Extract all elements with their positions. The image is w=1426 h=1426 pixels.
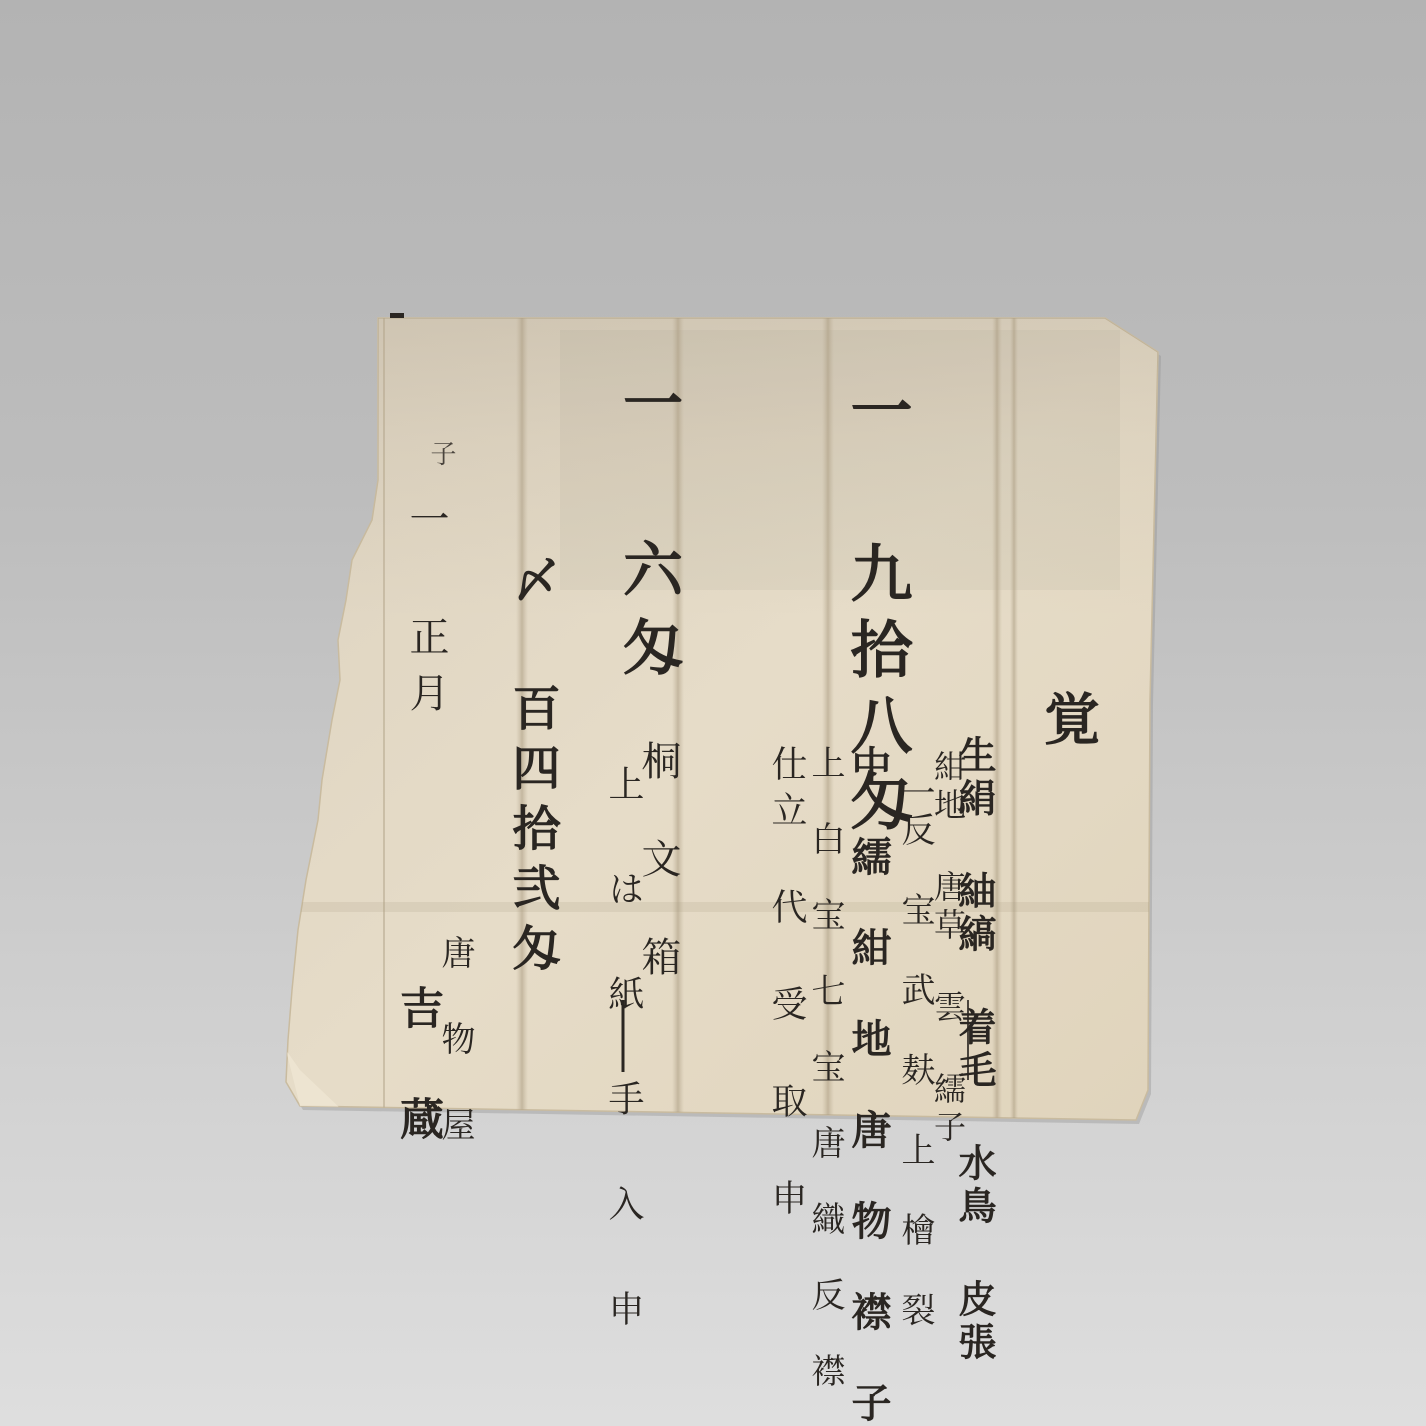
item-description-4: 中 繻 紺 地 唐 物 襟 子 bbox=[848, 745, 888, 1424]
item-description-2: 紺地 唐草 雲 繻子 bbox=[932, 750, 964, 1148]
date-month: 一 正月 bbox=[406, 498, 446, 728]
date-year: 子 bbox=[428, 440, 454, 466]
total-amount: 〆 百四拾弐匁 bbox=[508, 555, 556, 983]
document-photo bbox=[0, 0, 1426, 1426]
item2-amount: 一 六匁 bbox=[618, 372, 678, 694]
signature-title: 唐 物 屋 bbox=[438, 935, 472, 1147]
item-description-5: 上 白 宝 七 宝 唐 織 反 襟 bbox=[808, 745, 842, 1388]
item-description-3: 一反 宝 武 麸 上 檜 裂 bbox=[898, 775, 932, 1329]
header-text: 覚 bbox=[1040, 690, 1096, 752]
note-handling: 上 は 紙 手 入 申 bbox=[605, 765, 641, 1340]
item-description-6: 仕立 代 受 取 申 bbox=[768, 745, 804, 1225]
note-box: 桐 文 箱 bbox=[638, 740, 678, 982]
signature-name: 吉 蔵 bbox=[395, 985, 439, 1148]
